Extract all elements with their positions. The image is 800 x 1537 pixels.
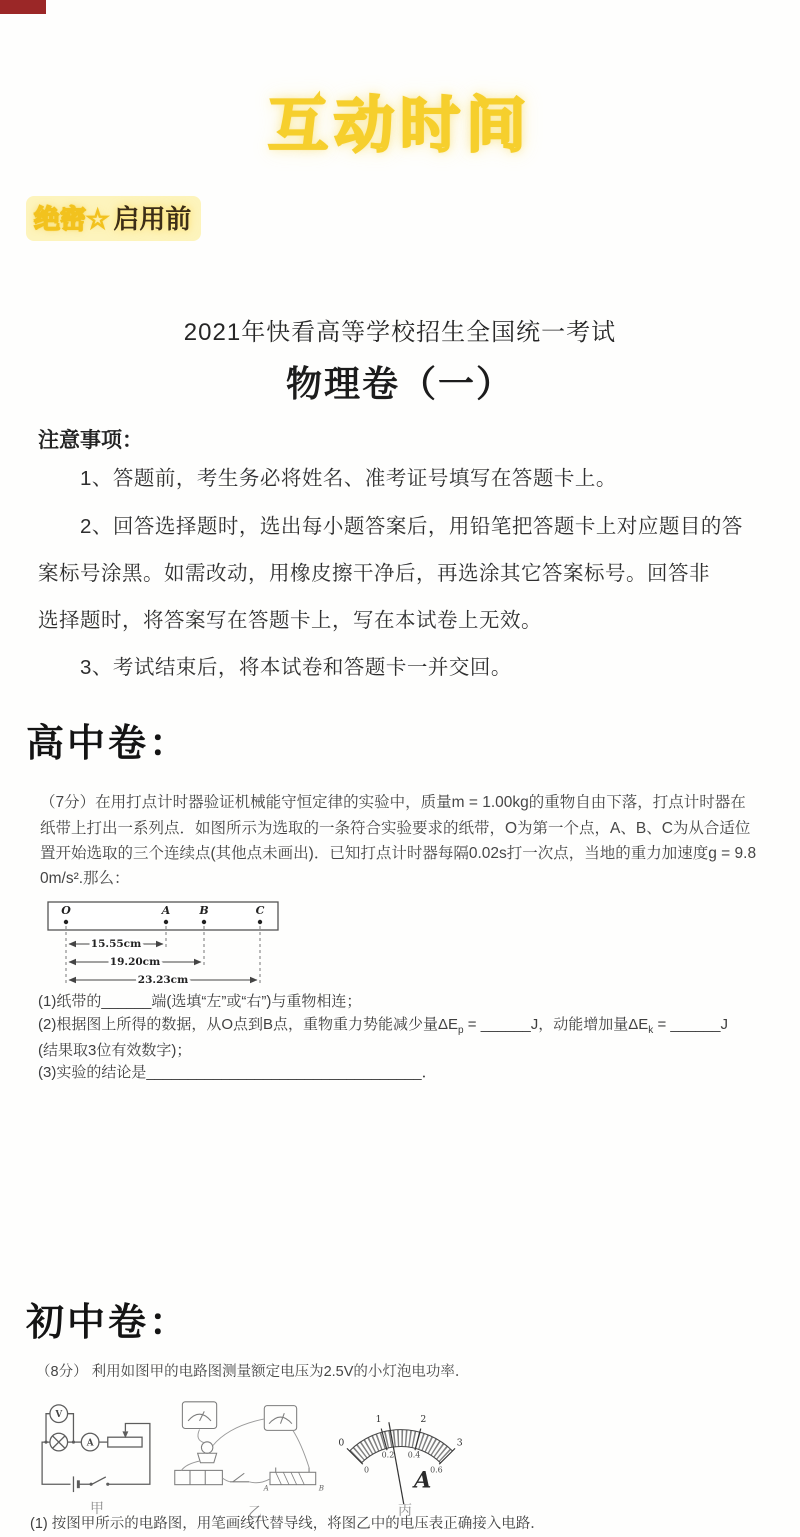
ammeter-dial-svg: 0 1 2 3 0 0.2 0.4 0.6 A — [335, 1398, 467, 1508]
q2-text: (2)根据图上所得的数据，从O点到B点，重物重力势能减少量ΔE — [38, 1016, 458, 1033]
wire — [42, 1442, 70, 1484]
circuit-diagram-figure: V A — [32, 1398, 160, 1496]
hs-question-2-note: (结果取3位有效数字)； — [38, 1039, 191, 1060]
notice-item-2: 2、回答选择题时，选出每小题答案后，用铅笔把答题卡上对应题目的答 — [80, 509, 743, 539]
junction-dot — [72, 1441, 75, 1444]
tape-figure-svg: O A B C 15.55cm 19.20cm 23.23 — [44, 892, 316, 992]
circuit-diagram-svg: V A — [32, 1398, 160, 1496]
rheostat-terminal-b: B — [318, 1483, 324, 1492]
switch-lever — [92, 1477, 106, 1484]
svg-text:O: O — [61, 904, 71, 917]
classified-outlined-text: 绝密☆ — [34, 204, 109, 234]
exam-sheet-page: 互动时间 绝密☆启用前 2021年快看高等学校招生全国统一考试 物理卷（一） 注… — [0, 0, 800, 1537]
svg-text:2: 2 — [420, 1414, 426, 1425]
exam-subtitle: 物理卷（一） — [0, 356, 800, 407]
voltmeter-letter: V — [54, 1410, 62, 1420]
svg-text:23.23cm: 23.23cm — [138, 974, 188, 986]
switch-contact — [90, 1483, 93, 1486]
svg-text:3: 3 — [457, 1438, 463, 1449]
svg-text:19.20cm: 19.20cm — [110, 956, 160, 968]
hs-problem-line: 0m/s².那么： — [40, 866, 776, 888]
classified-label: 绝密☆启用前 — [26, 196, 201, 241]
banner-title: 互动时间 — [0, 78, 800, 164]
q2-text: = ______J，动能增加量ΔE — [464, 1016, 649, 1033]
experiment-setup-figure: A B — [168, 1398, 332, 1498]
experiment-setup-svg: A B — [168, 1398, 332, 1498]
svg-text:0.2: 0.2 — [382, 1451, 395, 1460]
wire — [46, 1414, 50, 1442]
svg-text:C: C — [256, 904, 265, 917]
notice-item-3: 3、考试结束后，将本试卷和答题卡一并交回。 — [80, 650, 512, 680]
svg-text:0: 0 — [364, 1466, 369, 1475]
notice-item-1: 1、答题前，考生务必将姓名、准考证号填写在答题卡上。 — [80, 461, 617, 491]
section-heading-middleschool: 初中卷： — [26, 1291, 190, 1346]
svg-text:1: 1 — [376, 1414, 382, 1425]
svg-text:0.6: 0.6 — [430, 1466, 443, 1475]
tape-figure: O A B C 15.55cm 19.20cm 23.23 — [44, 892, 316, 992]
corner-red-mark — [0, 0, 46, 14]
classified-solid-text: 启用前 — [113, 204, 191, 234]
exam-title: 2021年快看高等学校招生全国统一考试 — [0, 312, 800, 347]
meter-needle — [200, 1411, 205, 1421]
switch-contact — [106, 1483, 109, 1486]
wire — [108, 1423, 150, 1484]
dial-tick-band — [356, 1438, 447, 1457]
svg-text:B: B — [198, 904, 208, 917]
meter-needle — [280, 1413, 284, 1423]
battery-pack — [175, 1470, 223, 1484]
ammeter-letter: A — [86, 1439, 94, 1449]
hs-question-3: (3)实验的结论是_______________________________… — [38, 1061, 437, 1082]
q2-text: = ______J — [653, 1016, 728, 1033]
notice-item-2-cont2: 选择题时，将答案写在答题卡上，写在本试卷上无效。 — [38, 603, 542, 633]
lamp-bulb — [201, 1442, 212, 1453]
meter-box-right — [264, 1406, 296, 1431]
wire — [68, 1414, 74, 1442]
svg-text:A: A — [161, 904, 171, 917]
svg-text:0.4: 0.4 — [408, 1451, 421, 1460]
rheostat-terminal-a: A — [263, 1483, 269, 1492]
ammeter-dial-figure: 0 1 2 3 0 0.2 0.4 0.6 A — [335, 1398, 467, 1508]
rheostat-coil-hatch — [276, 1472, 305, 1484]
section-heading-highschool: 高中卷： — [26, 712, 190, 767]
rheostat-box — [108, 1437, 142, 1447]
hs-problem-line: 置开始选取的三个连续点(其他点未画出)．已知打点计时器每隔0.02s打一次点，当… — [40, 841, 776, 863]
svg-text:0: 0 — [338, 1438, 344, 1449]
ms-question-1: (1) 按图甲所示的电路图，用笔画线代替导线，将图乙中的电压表正确接入电路． — [30, 1512, 545, 1533]
hs-problem-line: （7分）在用打点计时器验证机械能守恒定律的实验中，质量m = 1.00kg的重物… — [40, 790, 776, 812]
hs-question-1: (1)纸带的______端(选填“左”或“右”)与重物相连； — [38, 990, 361, 1011]
meter-box-left — [182, 1402, 216, 1429]
svg-text:15.55cm: 15.55cm — [91, 938, 141, 950]
notice-item-2-cont: 案标号涂黑。如需改动，用橡皮擦干净后，再选涂其它答案标号。回答非 — [38, 556, 710, 586]
ms-problem: （8分） 利用如图甲的电路图测量额定电压为2.5V的小灯泡电功率． — [36, 1360, 469, 1381]
switch-lever — [233, 1473, 244, 1482]
junction-dot — [44, 1441, 47, 1444]
hs-question-2: (2)根据图上所得的数据，从O点到B点，重物重力势能减少量ΔEp = _____… — [38, 1013, 728, 1036]
dial-unit-letter: A — [412, 1467, 431, 1493]
hs-problem-line: 纸带上打出一系列点．如图所示为选取的一条符合实验要求的纸带，O为第一个点，A、B… — [40, 816, 776, 838]
notice-heading: 注意事项： — [38, 424, 143, 454]
